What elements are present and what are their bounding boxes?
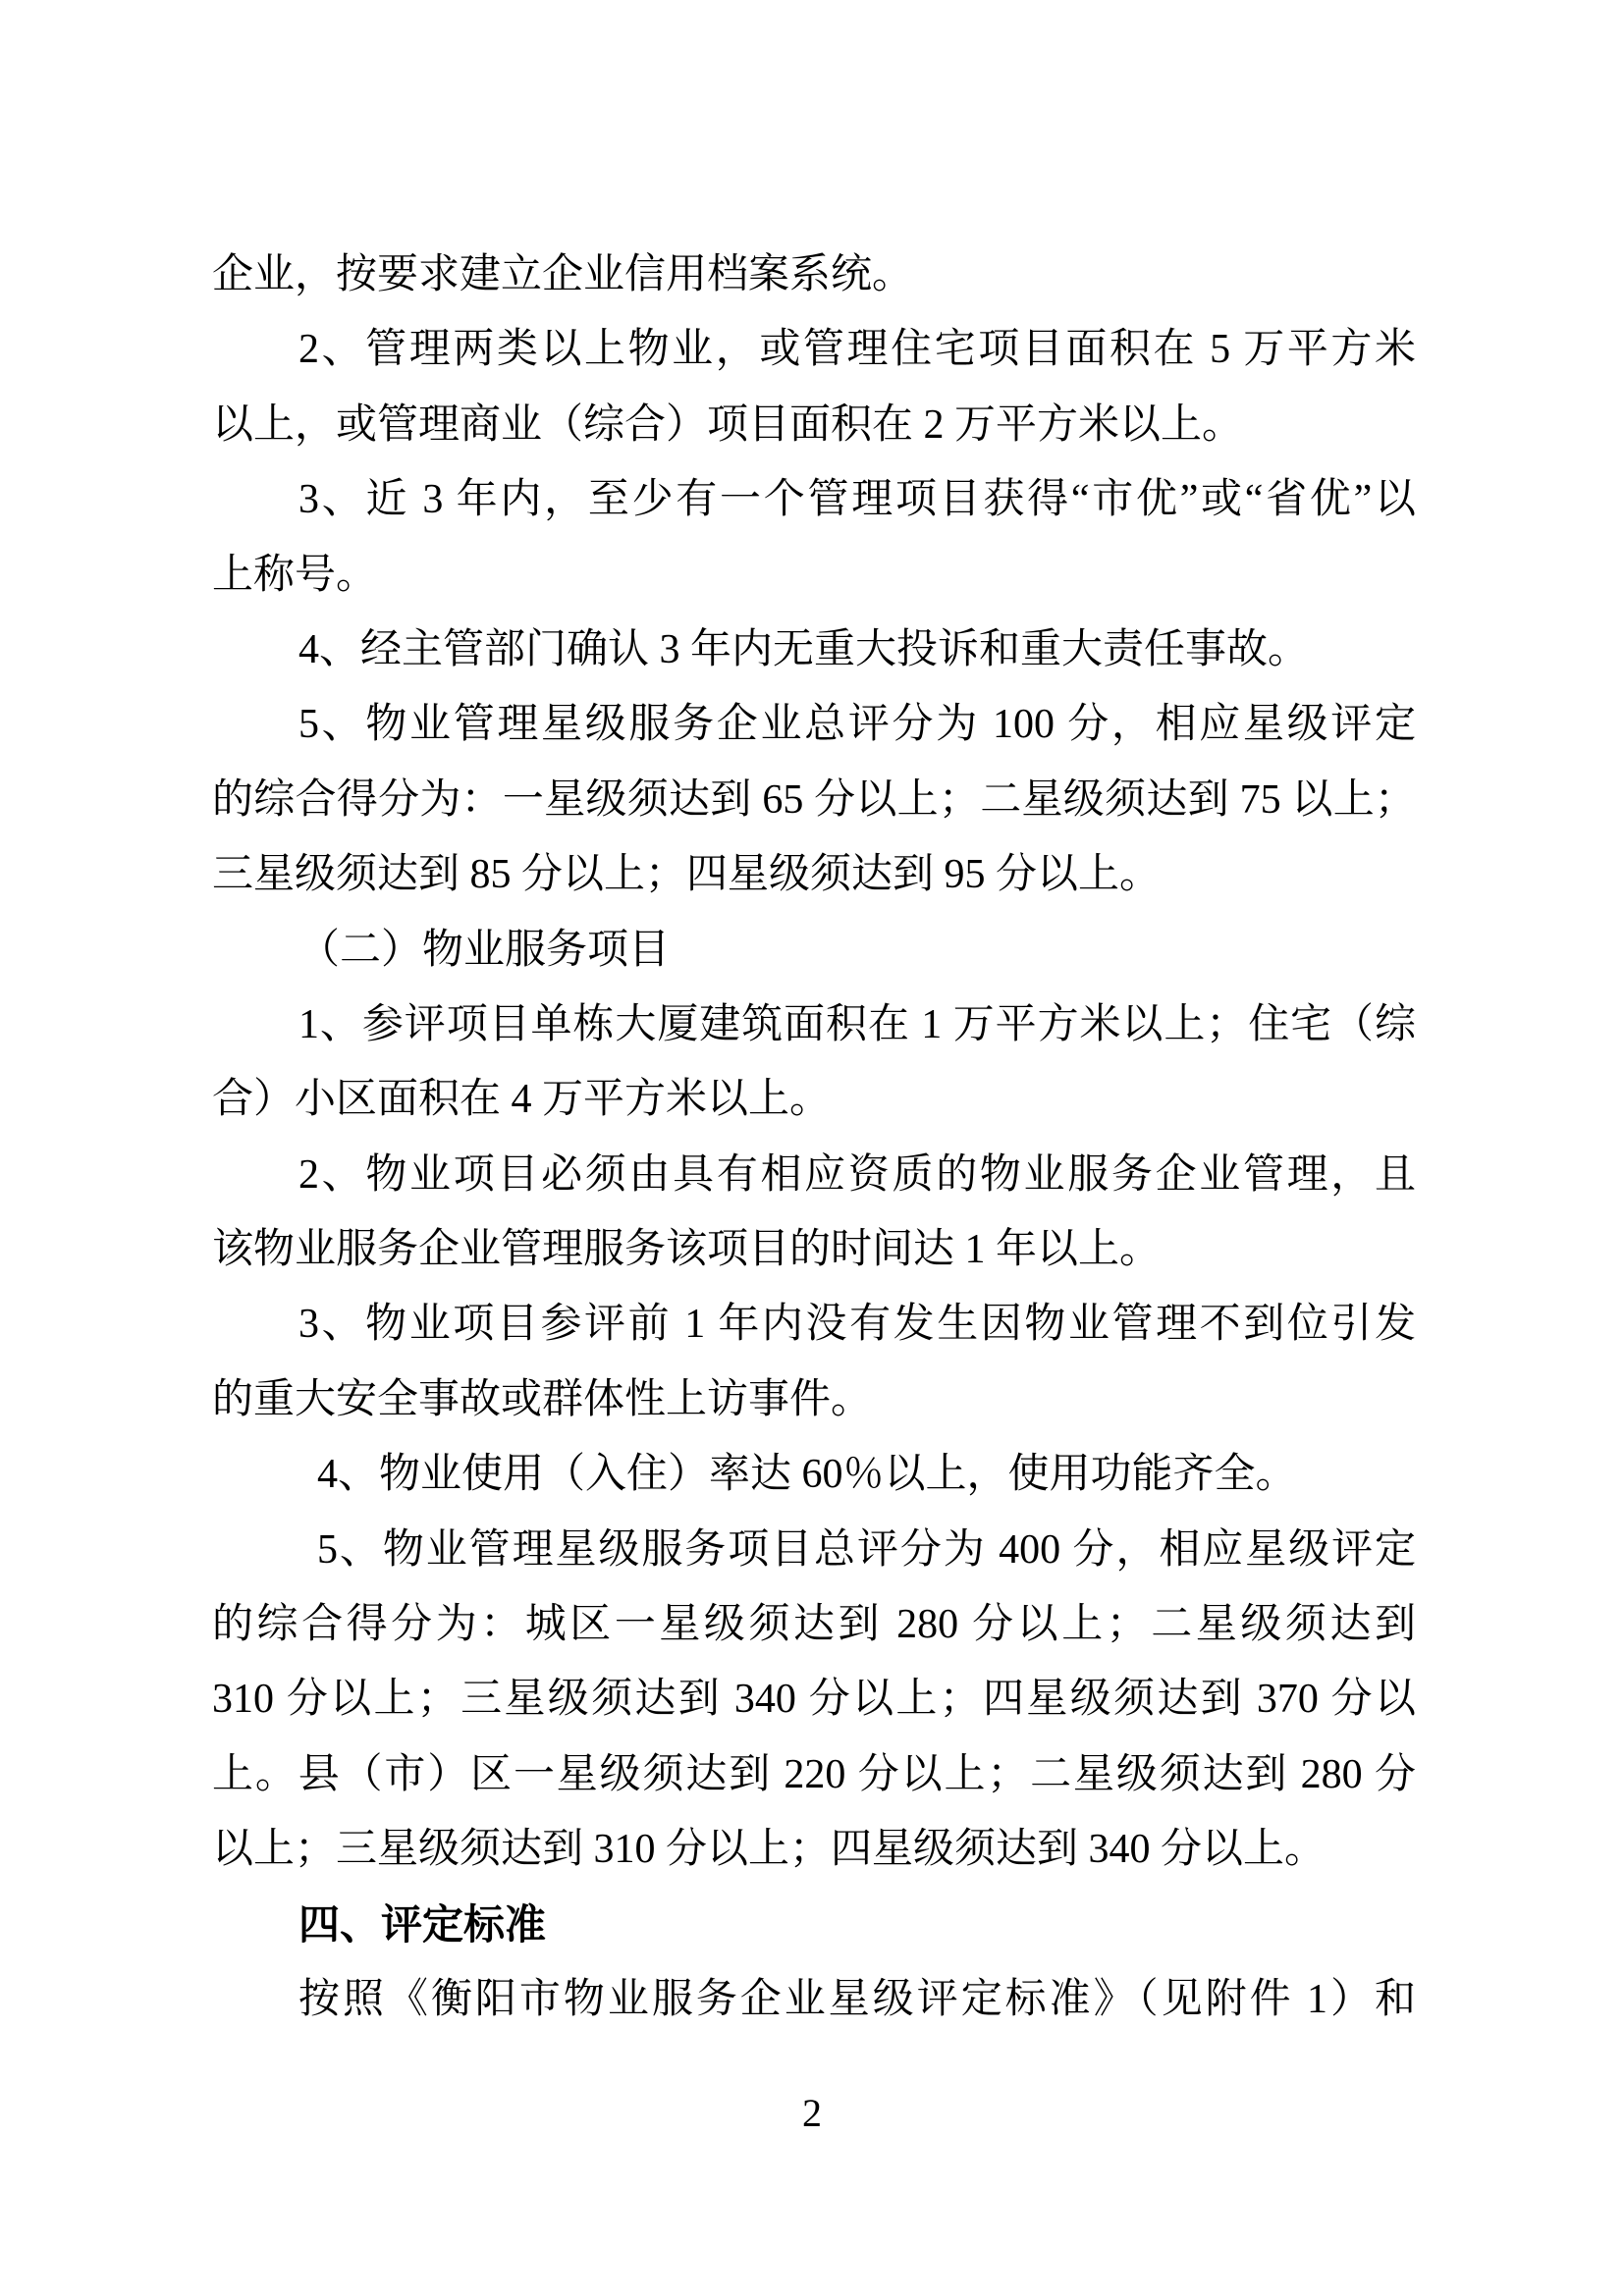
text-line: 的综合得分为：一星级须达到 65 分以上；二星级须达到 75 以上； bbox=[212, 763, 1416, 837]
text-line: 该物业服务企业管理服务该项目的时间达 1 年以上。 bbox=[212, 1212, 1416, 1287]
text-line: 310 分以上；三星级须达到 340 分以上；四星级须达到 370 分以 bbox=[212, 1662, 1416, 1736]
text-line: 以上，或管理商业（综合）项目面积在 2 万平方米以上。 bbox=[212, 388, 1416, 462]
text-line: 4、经主管部门确认 3 年内无重大投诉和重大责任事故。 bbox=[212, 613, 1416, 687]
text-line: 的综合得分为：城区一星级须达到 280 分以上；二星级须达到 bbox=[212, 1587, 1416, 1662]
document-page: 企业，按要求建立企业信用档案系统。 2、管理两类以上物业，或管理住宅项目面积在 … bbox=[0, 0, 1624, 2296]
page-number: 2 bbox=[0, 2089, 1624, 2138]
text-line: 5、物业管理星级服务项目总评分为 400 分，相应星级评定 bbox=[212, 1513, 1416, 1587]
text-line: 合）小区面积在 4 万平方米以上。 bbox=[212, 1062, 1416, 1137]
text-line: 3、物业项目参评前 1 年内没有发生因物业管理不到位引发 bbox=[212, 1287, 1416, 1362]
text-line: 2、物业项目必须由具有相应资质的物业服务企业管理，且 bbox=[212, 1138, 1416, 1212]
text-line: 5、物业管理星级服务企业总评分为 100 分，相应星级评定 bbox=[212, 687, 1416, 762]
text-line: 按照《衡阳市物业服务企业星级评定标准》（见附件 1）和 bbox=[212, 1962, 1416, 2037]
text-line: 上称号。 bbox=[212, 538, 1416, 613]
text-line: 企业，按要求建立企业信用档案系统。 bbox=[212, 238, 1416, 312]
section-heading: 四、评定标准 bbox=[212, 1888, 1416, 1962]
text-line: 三星级须达到 85 分以上；四星级须达到 95 分以上。 bbox=[212, 837, 1416, 912]
text-line: 3、近 3 年内，至少有一个管理项目获得“市优”或“省优”以 bbox=[212, 462, 1416, 537]
text-line: 的重大安全事故或群体性上访事件。 bbox=[212, 1362, 1416, 1437]
document-body: 企业，按要求建立企业信用档案系统。 2、管理两类以上物业，或管理住宅项目面积在 … bbox=[212, 238, 1416, 2037]
text-line: 4、物业使用（入住）率达 60％以上，使用功能齐全。 bbox=[212, 1437, 1416, 1512]
section-subheading: （二）物业服务项目 bbox=[212, 913, 1416, 988]
text-line: 上。县（市）区一星级须达到 220 分以上；二星级须达到 280 分 bbox=[212, 1737, 1416, 1812]
text-line: 1、参评项目单栋大厦建筑面积在 1 万平方米以上；住宅（综 bbox=[212, 988, 1416, 1062]
text-line: 2、管理两类以上物业，或管理住宅项目面积在 5 万平方米 bbox=[212, 312, 1416, 387]
text-line: 以上；三星级须达到 310 分以上；四星级须达到 340 分以上。 bbox=[212, 1812, 1416, 1887]
